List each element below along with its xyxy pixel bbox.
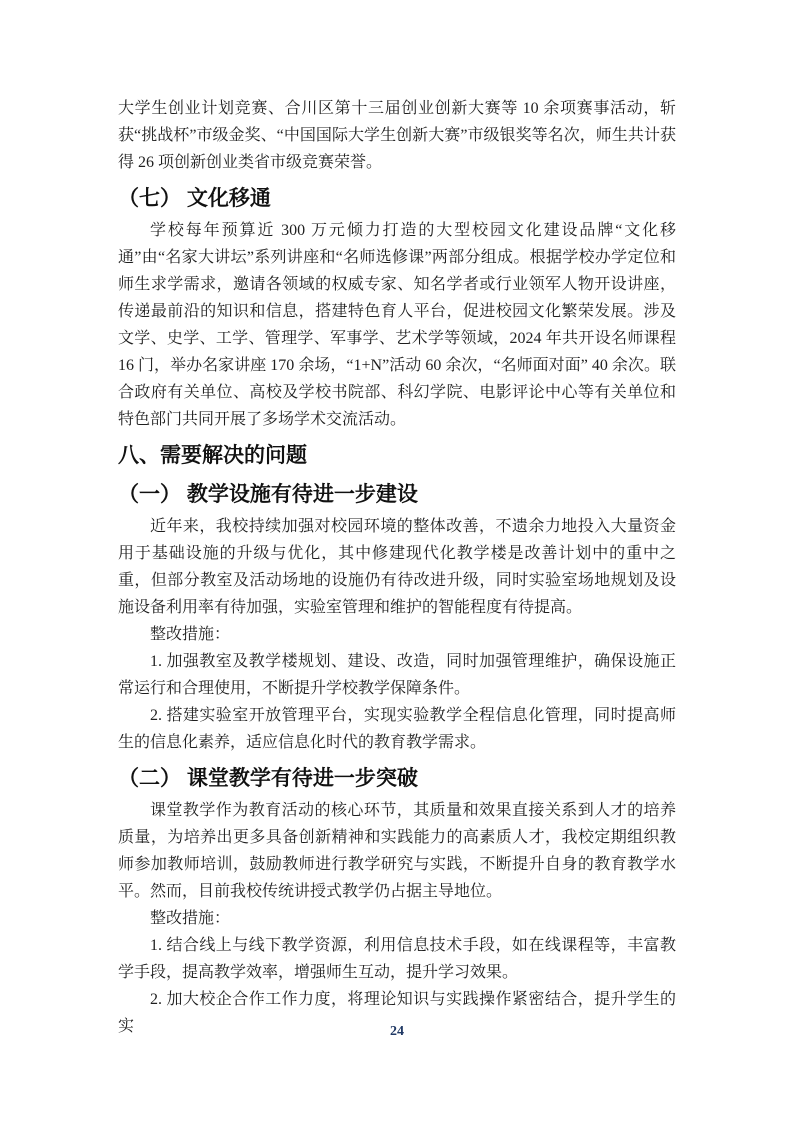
paragraph: 学校每年预算近 300 万元倾力打造的大型校园文化建设品牌“文化移通”由“名家大… (118, 217, 676, 433)
paragraph: 1. 结合线上与线下教学资源，利用信息技术手段，如在线课程等，丰富教学手段，提高… (118, 932, 676, 986)
paragraph: 近年来，我校持续加强对校园环境的整体改善，不遗余力地投入大量资金用于基础设施的升… (118, 513, 676, 621)
page-number: 24 (0, 1024, 794, 1040)
paragraph: 整改措施： (118, 621, 676, 648)
section-heading: 八、需要解决的问题 (118, 440, 676, 472)
subsection-heading: （二） 课堂教学有待进一步突破 (118, 763, 676, 795)
paragraph: 1. 加强教室及教学楼规划、建设、改造，同时加强管理维护，确保设施正常运行和合理… (118, 648, 676, 702)
subsection-heading: （七） 文化移通 (118, 183, 676, 215)
paragraph: 课堂教学作为教育活动的核心环节，其质量和效果直接关系到人才的培养质量，为培养出更… (118, 797, 676, 905)
subsection-heading: （一） 教学设施有待进一步建设 (118, 479, 676, 511)
page-content: 大学生创业计划竞赛、合川区第十三届创业创新大赛等 10 余项赛事活动，斩获“挑战… (118, 95, 676, 1040)
document-page: 大学生创业计划竞赛、合川区第十三届创业创新大赛等 10 余项赛事活动，斩获“挑战… (0, 0, 794, 1123)
paragraph: 大学生创业计划竞赛、合川区第十三届创业创新大赛等 10 余项赛事活动，斩获“挑战… (118, 95, 676, 176)
paragraph: 2. 搭建实验室开放管理平台，实现实验教学全程信息化管理，同时提高师生的信息化素… (118, 702, 676, 756)
paragraph: 整改措施： (118, 905, 676, 932)
